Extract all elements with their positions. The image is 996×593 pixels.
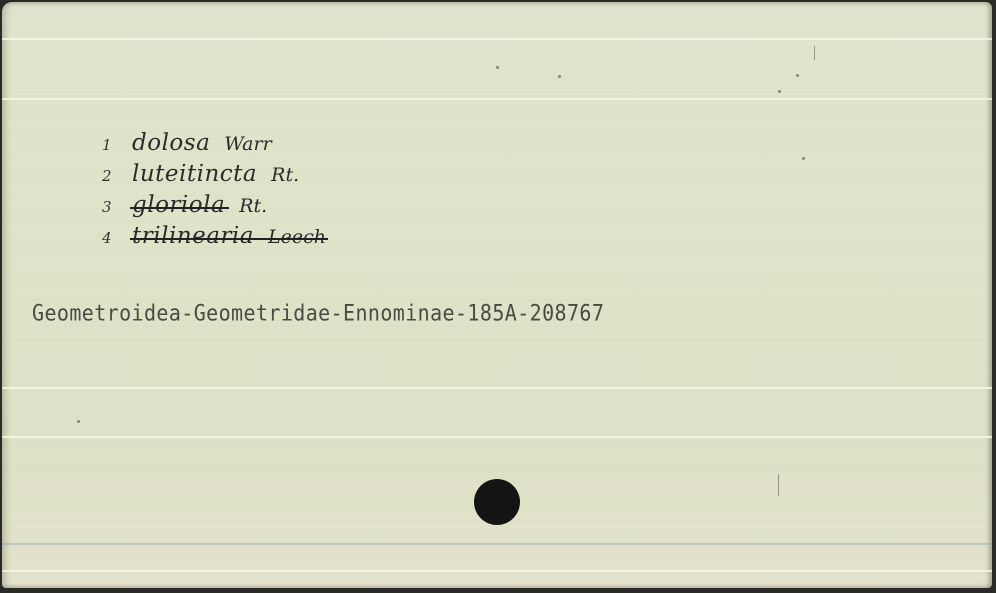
species-name: gloriola: [132, 192, 225, 218]
species-author: Warr: [224, 133, 271, 155]
entry-number: 2: [102, 167, 132, 185]
list-item-struck: 3 gloriola Rt.: [102, 192, 326, 223]
speck: [496, 66, 499, 69]
species-name: dolosa: [132, 130, 210, 156]
list-item-struck: 4 trilinearia Leech: [102, 223, 326, 254]
ruled-line: [2, 38, 992, 40]
speck: [802, 157, 805, 160]
speck: [778, 90, 781, 93]
classification-code: Geometroidea-Geometridae-Ennominae-185A-…: [32, 300, 604, 326]
entry-number: 4: [102, 229, 132, 247]
speck: [77, 420, 80, 423]
species-author: Leech: [268, 226, 326, 248]
species-name: luteitincta: [132, 161, 257, 187]
species-list: 1 dolosa Warr 2 luteitincta Rt. 3 glorio…: [102, 130, 326, 254]
ruled-line: [2, 98, 992, 100]
species-author: Rt.: [271, 164, 299, 186]
speck: [796, 74, 799, 77]
list-item: 2 luteitincta Rt.: [102, 161, 326, 192]
speck: [558, 75, 561, 78]
punch-hole: [474, 479, 520, 525]
pencil-mark: [778, 474, 779, 496]
ruled-line: [2, 543, 992, 545]
entry-number: 1: [102, 136, 132, 154]
entry-number: 3: [102, 198, 132, 216]
ruled-line: [2, 387, 992, 389]
pencil-mark: [814, 46, 815, 60]
strikethrough: gloriola: [132, 192, 225, 218]
species-author: Rt.: [239, 195, 267, 217]
list-item: 1 dolosa Warr: [102, 130, 326, 161]
strikethrough: trilinearia Leech: [132, 223, 326, 249]
index-card: 1 dolosa Warr 2 luteitincta Rt. 3 glorio…: [2, 2, 992, 588]
ruled-line: [2, 436, 992, 438]
species-name: trilinearia: [132, 223, 254, 249]
ruled-line: [2, 570, 992, 572]
